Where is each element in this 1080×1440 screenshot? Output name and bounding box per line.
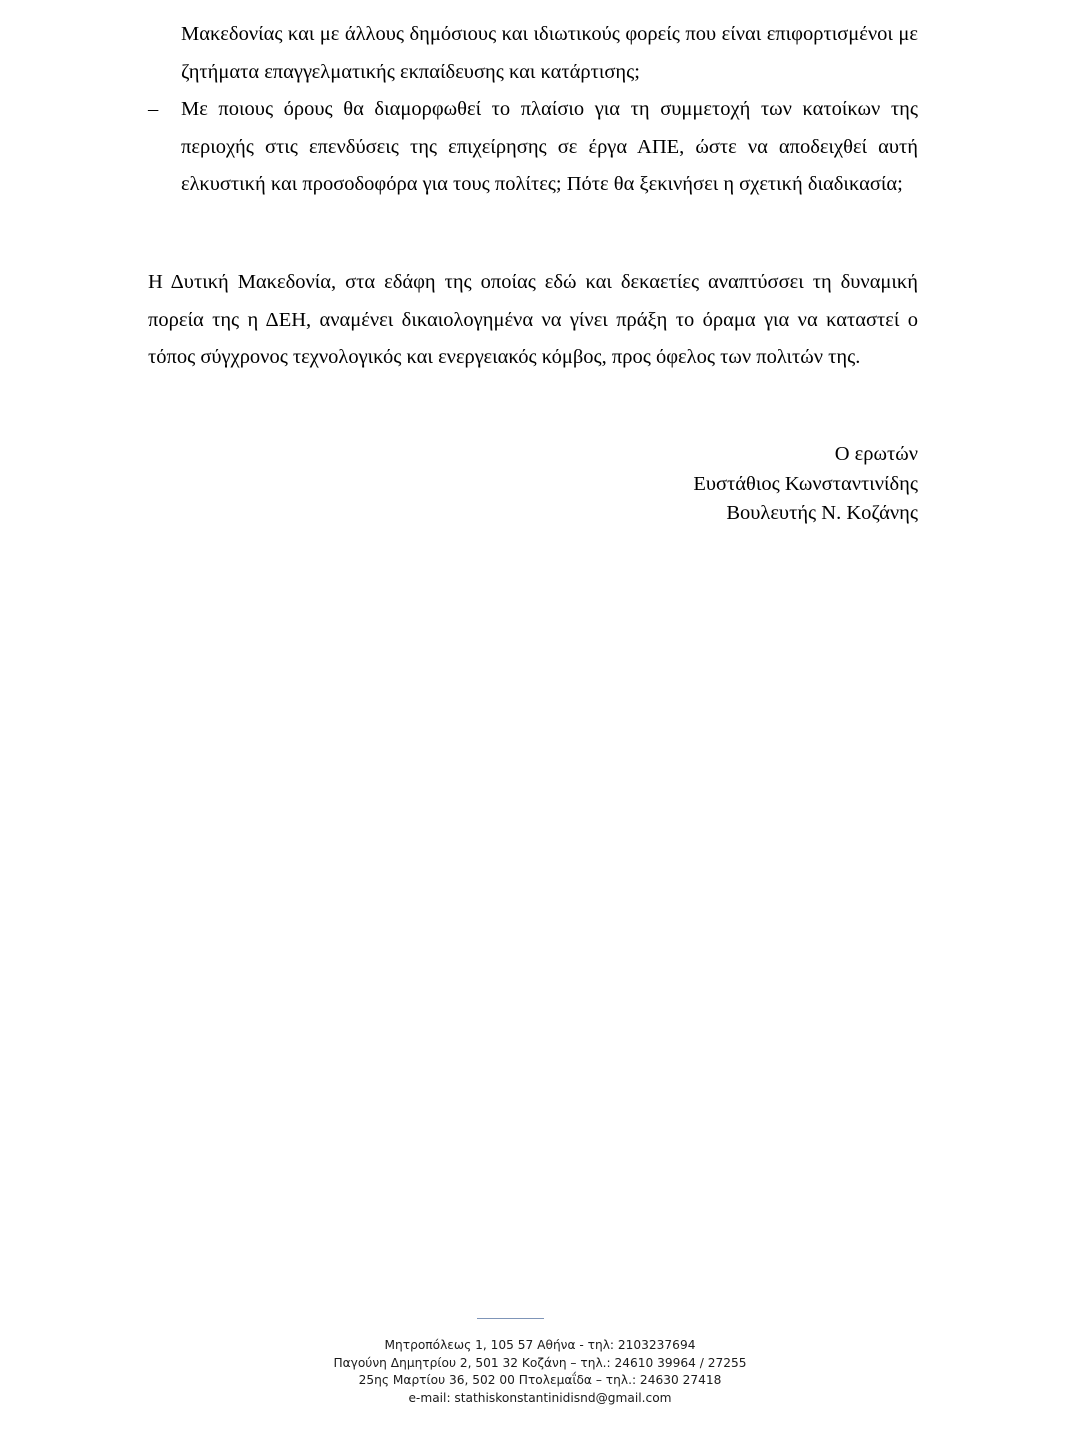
signature-name: Ευστάθιος Κωνσταντινίδης [693, 470, 918, 500]
signature-title: Βουλευτής Ν. Κοζάνης [693, 499, 918, 529]
list-item-text: Με ποιους όρους θα διαμορφωθεί το πλαίσι… [181, 98, 918, 195]
question-list: Μακεδονίας και με άλλους δημόσιους και ι… [148, 16, 918, 204]
dash-bullet-icon: – [148, 91, 168, 129]
signature-block: Ο ερωτών Ευστάθιος Κωνσταντινίδης Βουλευ… [693, 440, 918, 529]
footer-address-kozani: Παγούνη Δημητρίου 2, 501 32 Κοζάνη – τηλ… [0, 1355, 1080, 1373]
footer-email: e-mail: stathiskonstantinidisnd@gmail.co… [0, 1390, 1080, 1408]
closing-paragraph: Η Δυτική Μακεδονία, στα εδάφη της οποίας… [148, 264, 918, 377]
list-item-continuation: Μακεδονίας και με άλλους δημόσιους και ι… [148, 16, 918, 91]
document-page: Μακεδονίας και με άλλους δημόσιους και ι… [0, 0, 1080, 1440]
footer-address-athens: Μητροπόλεως 1, 105 57 Αθήνα - τηλ: 21032… [0, 1337, 1080, 1355]
list-item-text: Μακεδονίας και με άλλους δημόσιους και ι… [181, 23, 918, 83]
signature-role: Ο ερωτών [693, 440, 918, 470]
footer-divider [477, 1318, 544, 1319]
list-item: – Με ποιους όρους θα διαμορφωθεί το πλαί… [148, 91, 918, 204]
footer-contact: Μητροπόλεως 1, 105 57 Αθήνα - τηλ: 21032… [0, 1337, 1080, 1407]
footer-address-ptolemaida: 25ης Μαρτίου 36, 502 00 Πτολεμαΐδα – τηλ… [0, 1372, 1080, 1390]
